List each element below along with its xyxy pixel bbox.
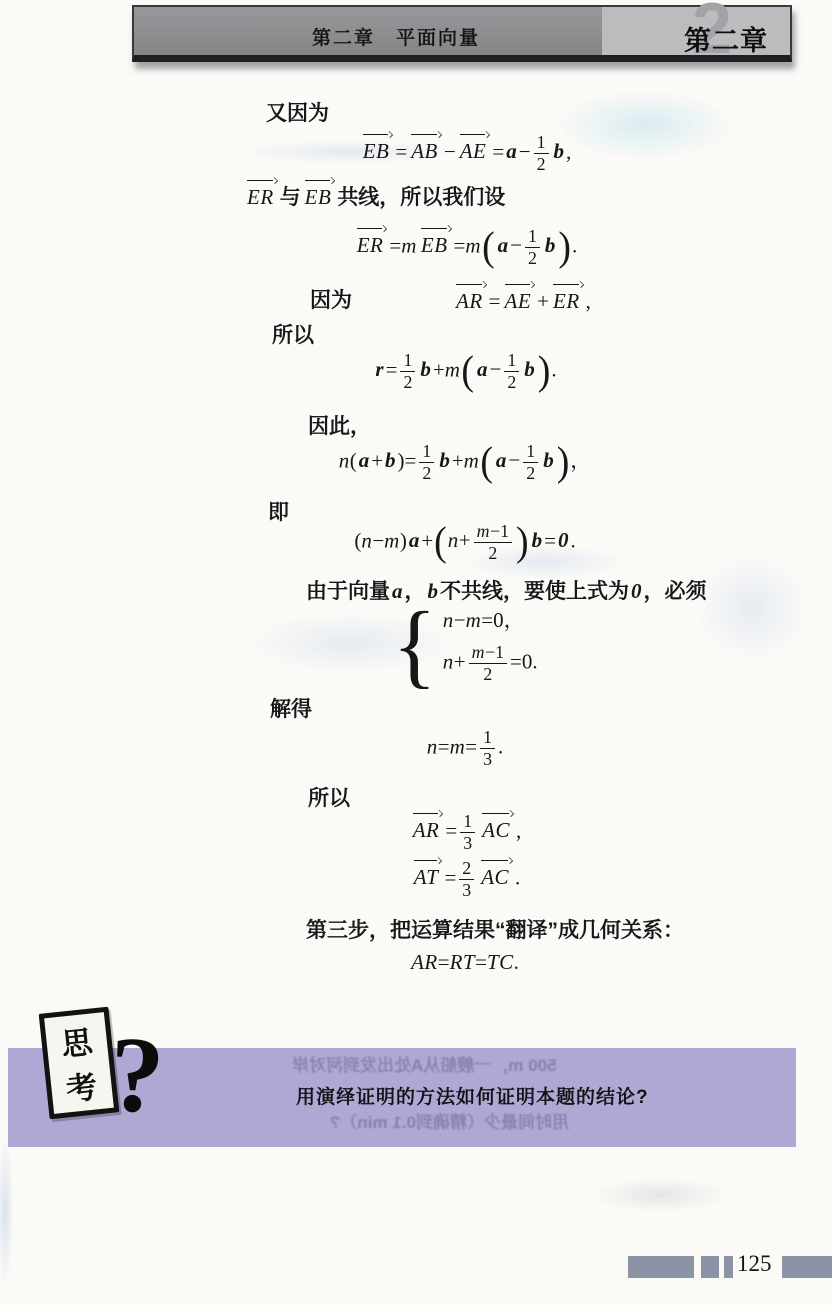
footer-mark xyxy=(724,1256,733,1278)
text-line-gongxian: ER与EB共线，所以我们设 xyxy=(243,180,505,211)
footer-mark xyxy=(701,1256,719,1278)
text-line-suoyi-2: 所以 xyxy=(308,785,350,812)
page-number: 125 xyxy=(737,1251,772,1277)
footer-mark xyxy=(782,1256,832,1278)
formula-n-m-third: n=m=13. xyxy=(225,727,705,769)
think-card-icon: 思 考 xyxy=(39,1007,120,1120)
text-line-jiede: 解得 xyxy=(270,696,312,723)
think-question: 用演绎证明的方法如何证明本题的结论? xyxy=(296,1082,649,1109)
text-line-yinwei: 因为 xyxy=(310,287,352,314)
bleedthrough-mark xyxy=(590,1178,730,1212)
formula-r: r=12b+m(a−12b). xyxy=(225,350,705,392)
formula-ar-ae-er: AR=AE+ER, xyxy=(452,284,591,314)
think-char-si: 思 xyxy=(59,1017,95,1065)
bleedthrough-text: 用时间最少（精确到0.1 min）? xyxy=(330,1108,569,1133)
formula-ar-third-ac: AR=13AC, xyxy=(225,811,705,853)
formula-ar-rt-tc: AR=RT=TC. xyxy=(225,949,705,975)
footer-mark xyxy=(628,1256,694,1278)
formula-nab: n(a+b)=12b+m(a−12b)， xyxy=(225,441,705,483)
chapter-header-bar: 第二章 平面向量 2 第二章 xyxy=(132,5,792,62)
text-line-youyu: 由于向量a，b不共线，要使上式为0，必须 xyxy=(306,578,707,605)
text-line-suoyi-1: 所以 xyxy=(272,322,314,349)
think-icon: 思 考 ? xyxy=(36,1004,166,1164)
text-line-yinci: 因此， xyxy=(308,413,371,440)
formula-cases: {n−m=0，n+m−12=0. xyxy=(225,607,705,684)
bleedthrough-mark xyxy=(695,555,810,660)
text-line-youyinwei: 又因为 xyxy=(266,100,329,127)
bleedthrough-mark xyxy=(0,1135,14,1285)
formula-eb: EB=AB−AE=a−12b, xyxy=(225,132,705,174)
bleedthrough-text: 500 m，一艘船从A处出发到河对岸 xyxy=(292,1051,556,1076)
question-mark-icon: ? xyxy=(108,1021,166,1131)
formula-at-twothird-ac: AT=23AC. xyxy=(225,858,705,900)
running-title: 第二章 平面向量 xyxy=(312,23,480,50)
think-char-kao: 考 xyxy=(64,1061,100,1109)
formula-er-meb: ER=mEB=m(a−12b). xyxy=(225,226,705,268)
formula-nm: (n−m)a+(n+m−12)b=0. xyxy=(225,521,705,563)
text-line-step3: 第三步，把运算结果“翻译”成几何关系： xyxy=(306,917,684,944)
chapter-tab: 2 第二章 xyxy=(602,7,790,55)
chapter-label: 第二章 xyxy=(684,19,768,58)
